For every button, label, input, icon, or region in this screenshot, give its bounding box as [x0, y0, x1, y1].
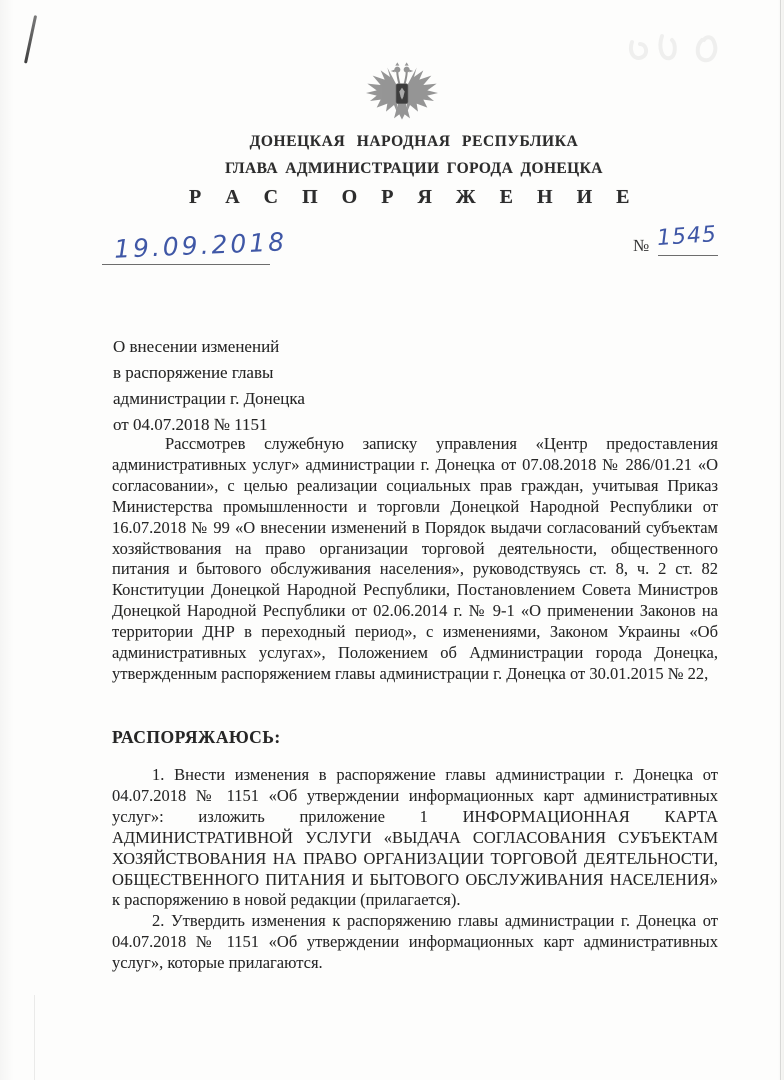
header-issuing-authority: ГЛАВА АДМИНИСТРАЦИИ ГОРОДА ДОНЕЦКА [22, 160, 784, 178]
document-number-label: № [633, 236, 649, 256]
scan-smudge-artifact [34, 995, 35, 1080]
dnr-double-headed-eagle-icon [362, 59, 442, 127]
resolution-heading: РАСПОРЯЖАЮСЬ: [112, 727, 281, 748]
preamble-paragraph: Рассмотрев служебную записку управления … [112, 434, 718, 685]
resolution-item-2: 2. Утвердить изменения к распоряжению гл… [112, 911, 718, 974]
handwritten-date: 19.09.2018 [113, 227, 287, 264]
ink-bleed-artifact [618, 22, 748, 72]
date-underline [102, 264, 270, 265]
scan-edge-artifact [780, 0, 781, 1080]
number-underline [658, 255, 718, 256]
resolution-item-1: 1. Внести изменения в распоряжение главы… [112, 765, 718, 911]
resolution-items: 1. Внести изменения в распоряжение главы… [112, 765, 718, 974]
handwritten-document-number: 1545 [656, 222, 718, 251]
document-type-title: Р А С П О Р Я Ж Е Н И Е [22, 186, 784, 209]
header-country-name: ДОНЕЦКАЯ НАРОДНАЯ РЕСПУБЛИКА [22, 133, 784, 151]
pen-stroke-mark [24, 15, 37, 63]
document-subject: О внесении изменений в распоряжение глав… [113, 334, 305, 438]
scanned-document-page: ДОНЕЦКАЯ НАРОДНАЯ РЕСПУБЛИКА ГЛАВА АДМИН… [0, 0, 784, 1080]
